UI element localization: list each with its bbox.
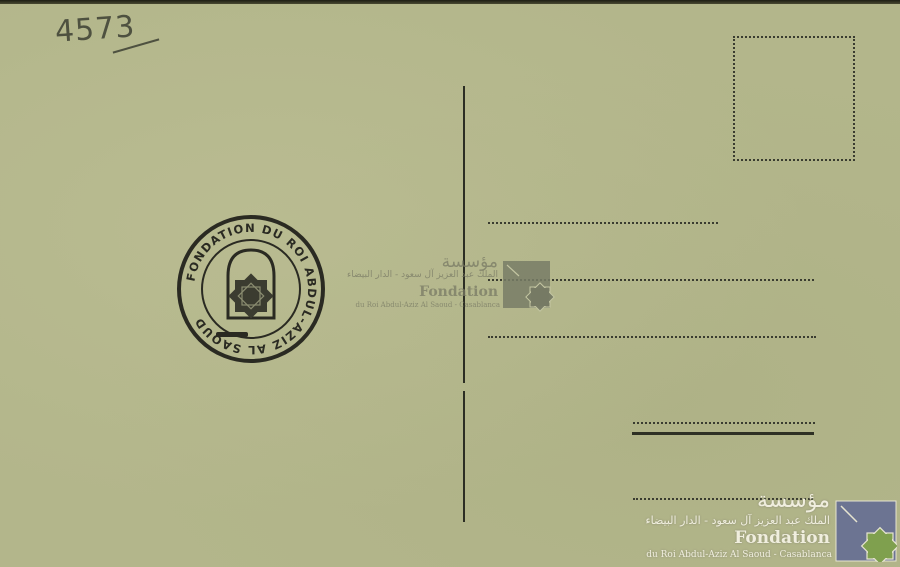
center-divider-upper <box>463 86 465 383</box>
address-line-4-solid <box>632 432 814 435</box>
address-line-3 <box>488 336 816 338</box>
watermark-corner-subtitle: du Roi Abdul-Aziz Al Saoud - Casablanca <box>620 550 832 560</box>
watermark-center-arabic-title: مؤسسة <box>400 252 498 272</box>
address-line-1 <box>488 222 718 224</box>
center-divider-lower <box>463 391 465 522</box>
foundation-seal-stamp: FONDATION DU ROI ABDUL-AZIZ AL SAOUD <box>176 214 326 364</box>
watermark-corner-arabic-subtitle: الملك عبد العزيز آل سعود - الدار البيضاء <box>630 514 830 527</box>
address-line-4 <box>633 422 815 424</box>
top-edge-shadow <box>0 0 900 4</box>
watermark-corner-logo <box>835 500 897 562</box>
watermark-center-arabic-subtitle: الملك عبد العزيز آل سعود - الدار البيضاء <box>330 270 498 280</box>
watermark-center-title: Fondation <box>380 284 498 300</box>
watermark-center-subtitle: du Roi Abdul-Aziz Al Saoud - Casablanca <box>330 301 500 309</box>
handwritten-inventory-number: 4573 <box>54 9 137 50</box>
watermark-corner-title: Fondation <box>680 528 830 548</box>
watermark-center-logo <box>503 261 555 313</box>
octagram-icon <box>228 273 273 318</box>
postcard-back: 4573 FONDATION DU ROI ABDUL-AZIZ AL SAOU… <box>0 0 900 567</box>
postage-stamp-placeholder <box>733 36 855 161</box>
watermark-corner-arabic-title: مؤسسة <box>700 488 830 513</box>
